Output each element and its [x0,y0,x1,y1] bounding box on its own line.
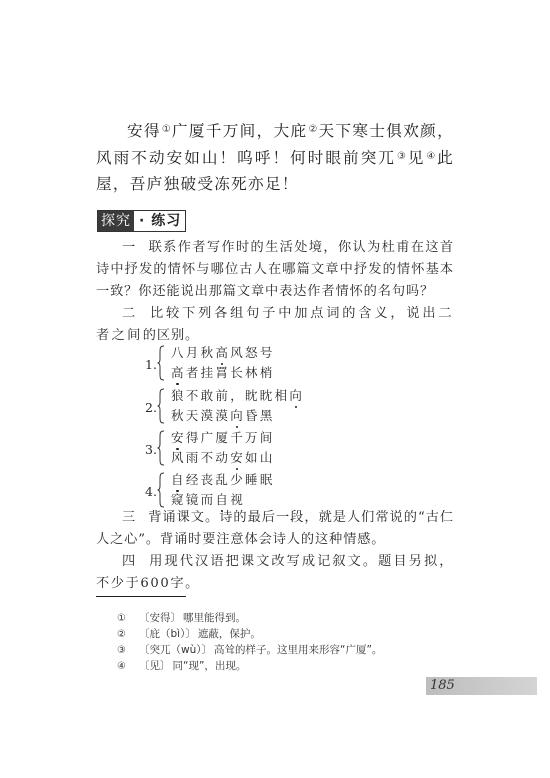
poem-text: 广厦千万间，大庇 [172,122,308,140]
sentence-b: 风雨不动安如山 [171,450,275,466]
exercise-text: 背诵课文。诗的最后一段，就是人们常说的“古仁人之心”。背诵时要注意体会诗人的这种… [96,510,454,547]
footnote-divider [96,596,186,597]
left-brace-icon [157,388,165,424]
exercise-2: 二比较下列各组句子中加点词的含义，说出二者之间的区别。 [96,303,454,347]
group-number: 3. [145,442,157,457]
sentence-a: 自经丧乱少睡眠 [171,472,275,488]
footnote-ref-4[interactable]: ④ [426,151,436,162]
dotted-word: 高 [171,365,186,381]
exercise-number: 二 [96,306,138,321]
footnote-number: ① [117,611,139,627]
exercise-number: 三 [96,510,136,525]
comparison-group-2: 2. 狼不敢前，眈眈相向 秋天漠漠向昏黑 [145,388,345,428]
footnote-term: 〔见〕 [139,660,171,672]
exercise-text-tail: 的区别。 [143,328,199,343]
exercise-number: 四 [96,554,137,569]
left-brace-icon [157,430,165,466]
section-header-light-label: · 练习 [134,211,185,231]
footnote-number: ② [117,627,139,643]
group-number: 1. [145,357,157,372]
footnote-ref-3[interactable]: ③ [397,151,407,162]
group-number: 2. [145,400,157,415]
footnote-2: ②〔庇（bì）〕遮蔽，保护。 [117,626,382,642]
footnote-number: ④ [117,659,139,675]
section-header-dark-label: 探究 [98,211,134,231]
footnote-3: ③〔突兀（wù）〕高耸的样子。这里用来形容“广厦”。 [117,642,382,658]
sentence-b: 高者挂罥长林梢 [171,365,275,381]
poem-text: 见 [408,149,426,167]
footnote-1: ①〔安得〕哪里能得到。 [117,610,382,626]
comparison-group-4: 4. 自经丧乱少睡眠 窥镜而自视 [145,472,345,512]
exercise-text: 联系作者写作时的生活处境，你认为杜甫在这首诗中抒发的情怀与哪位古人在哪篇文章中抒… [96,240,454,299]
dotted-word: 向 [289,388,304,404]
comparison-group-1: 1. 八月秋高风怒号 高者挂罥长林梢 [145,345,345,385]
dotted-word: 高 [215,345,230,361]
page-number: 185 [430,677,455,695]
footnote-term: 〔突兀（wù）〕 [139,644,212,656]
footnote-text: 高耸的样子。这里用来形容“广厦”。 [214,644,382,656]
group-number: 4. [145,484,157,499]
left-brace-icon [157,345,165,381]
footnote-text: 哪里能得到。 [183,612,246,624]
comparison-group-3: 3. 安得广厦千万间 风雨不动安如山 [145,430,345,470]
poem-text: 安得 [127,122,161,140]
footnote-text: 同“现”，出现。 [173,660,247,672]
exercise-4: 四用现代汉语把课文改写成记叙文。题目另拟，不少于600字。 [96,551,454,595]
footnote-term: 〔庇（bì）〕 [139,628,196,640]
dotted-word: 向 [230,408,245,424]
page-number-bar: 185 [426,677,537,695]
footnote-number: ③ [117,643,139,659]
exercise-3: 三背诵课文。诗的最后一段，就是人们常说的“古仁人之心”。背诵时要注意体会诗人的这… [96,507,454,551]
footnote-4: ④〔见〕同“现”，出现。 [117,658,382,674]
sentence-a: 安得广厦千万间 [171,430,275,446]
footnotes: ①〔安得〕哪里能得到。 ②〔庇（bì）〕遮蔽，保护。 ③〔突兀（wù）〕高耸的样… [117,610,382,674]
exercise-1: 一联系作者写作时的生活处境，你认为杜甫在这首诗中抒发的情怀与哪位古人在哪篇文章中… [96,237,454,303]
sentence-a: 狼不敢前，眈眈相向 [171,388,304,404]
footnote-term: 〔安得〕 [139,612,181,624]
sentence-a: 八月秋高风怒号 [171,345,275,361]
dotted-word: 安 [230,450,245,466]
footnote-ref-1[interactable]: ① [162,124,171,135]
section-header-explore-practice: 探究 · 练习 [97,210,186,232]
textbook-page: 安得①广厦千万间，大庇②天下寒士俱欢颜，风雨不动安如山！呜呼！何时眼前突兀③见④… [0,0,550,778]
sentence-b: 窥镜而自视 [171,492,245,508]
footnote-text: 遮蔽，保护。 [198,628,261,640]
left-brace-icon [157,472,165,508]
dotted-word: 自 [215,492,230,508]
exercise-text: 用现代汉语把课文改写成记叙文。题目另拟，不少于600字。 [96,554,454,591]
sentence-b: 秋天漠漠向昏黑 [171,408,275,424]
poem-excerpt: 安得①广厦千万间，大庇②天下寒士俱欢颜，风雨不动安如山！呜呼！何时眼前突兀③见④… [96,117,454,197]
exercise-number: 一 [96,240,137,255]
footnote-ref-2[interactable]: ② [308,124,317,135]
dotted-word: 自 [171,472,186,488]
dotted-word: 安 [171,430,186,446]
